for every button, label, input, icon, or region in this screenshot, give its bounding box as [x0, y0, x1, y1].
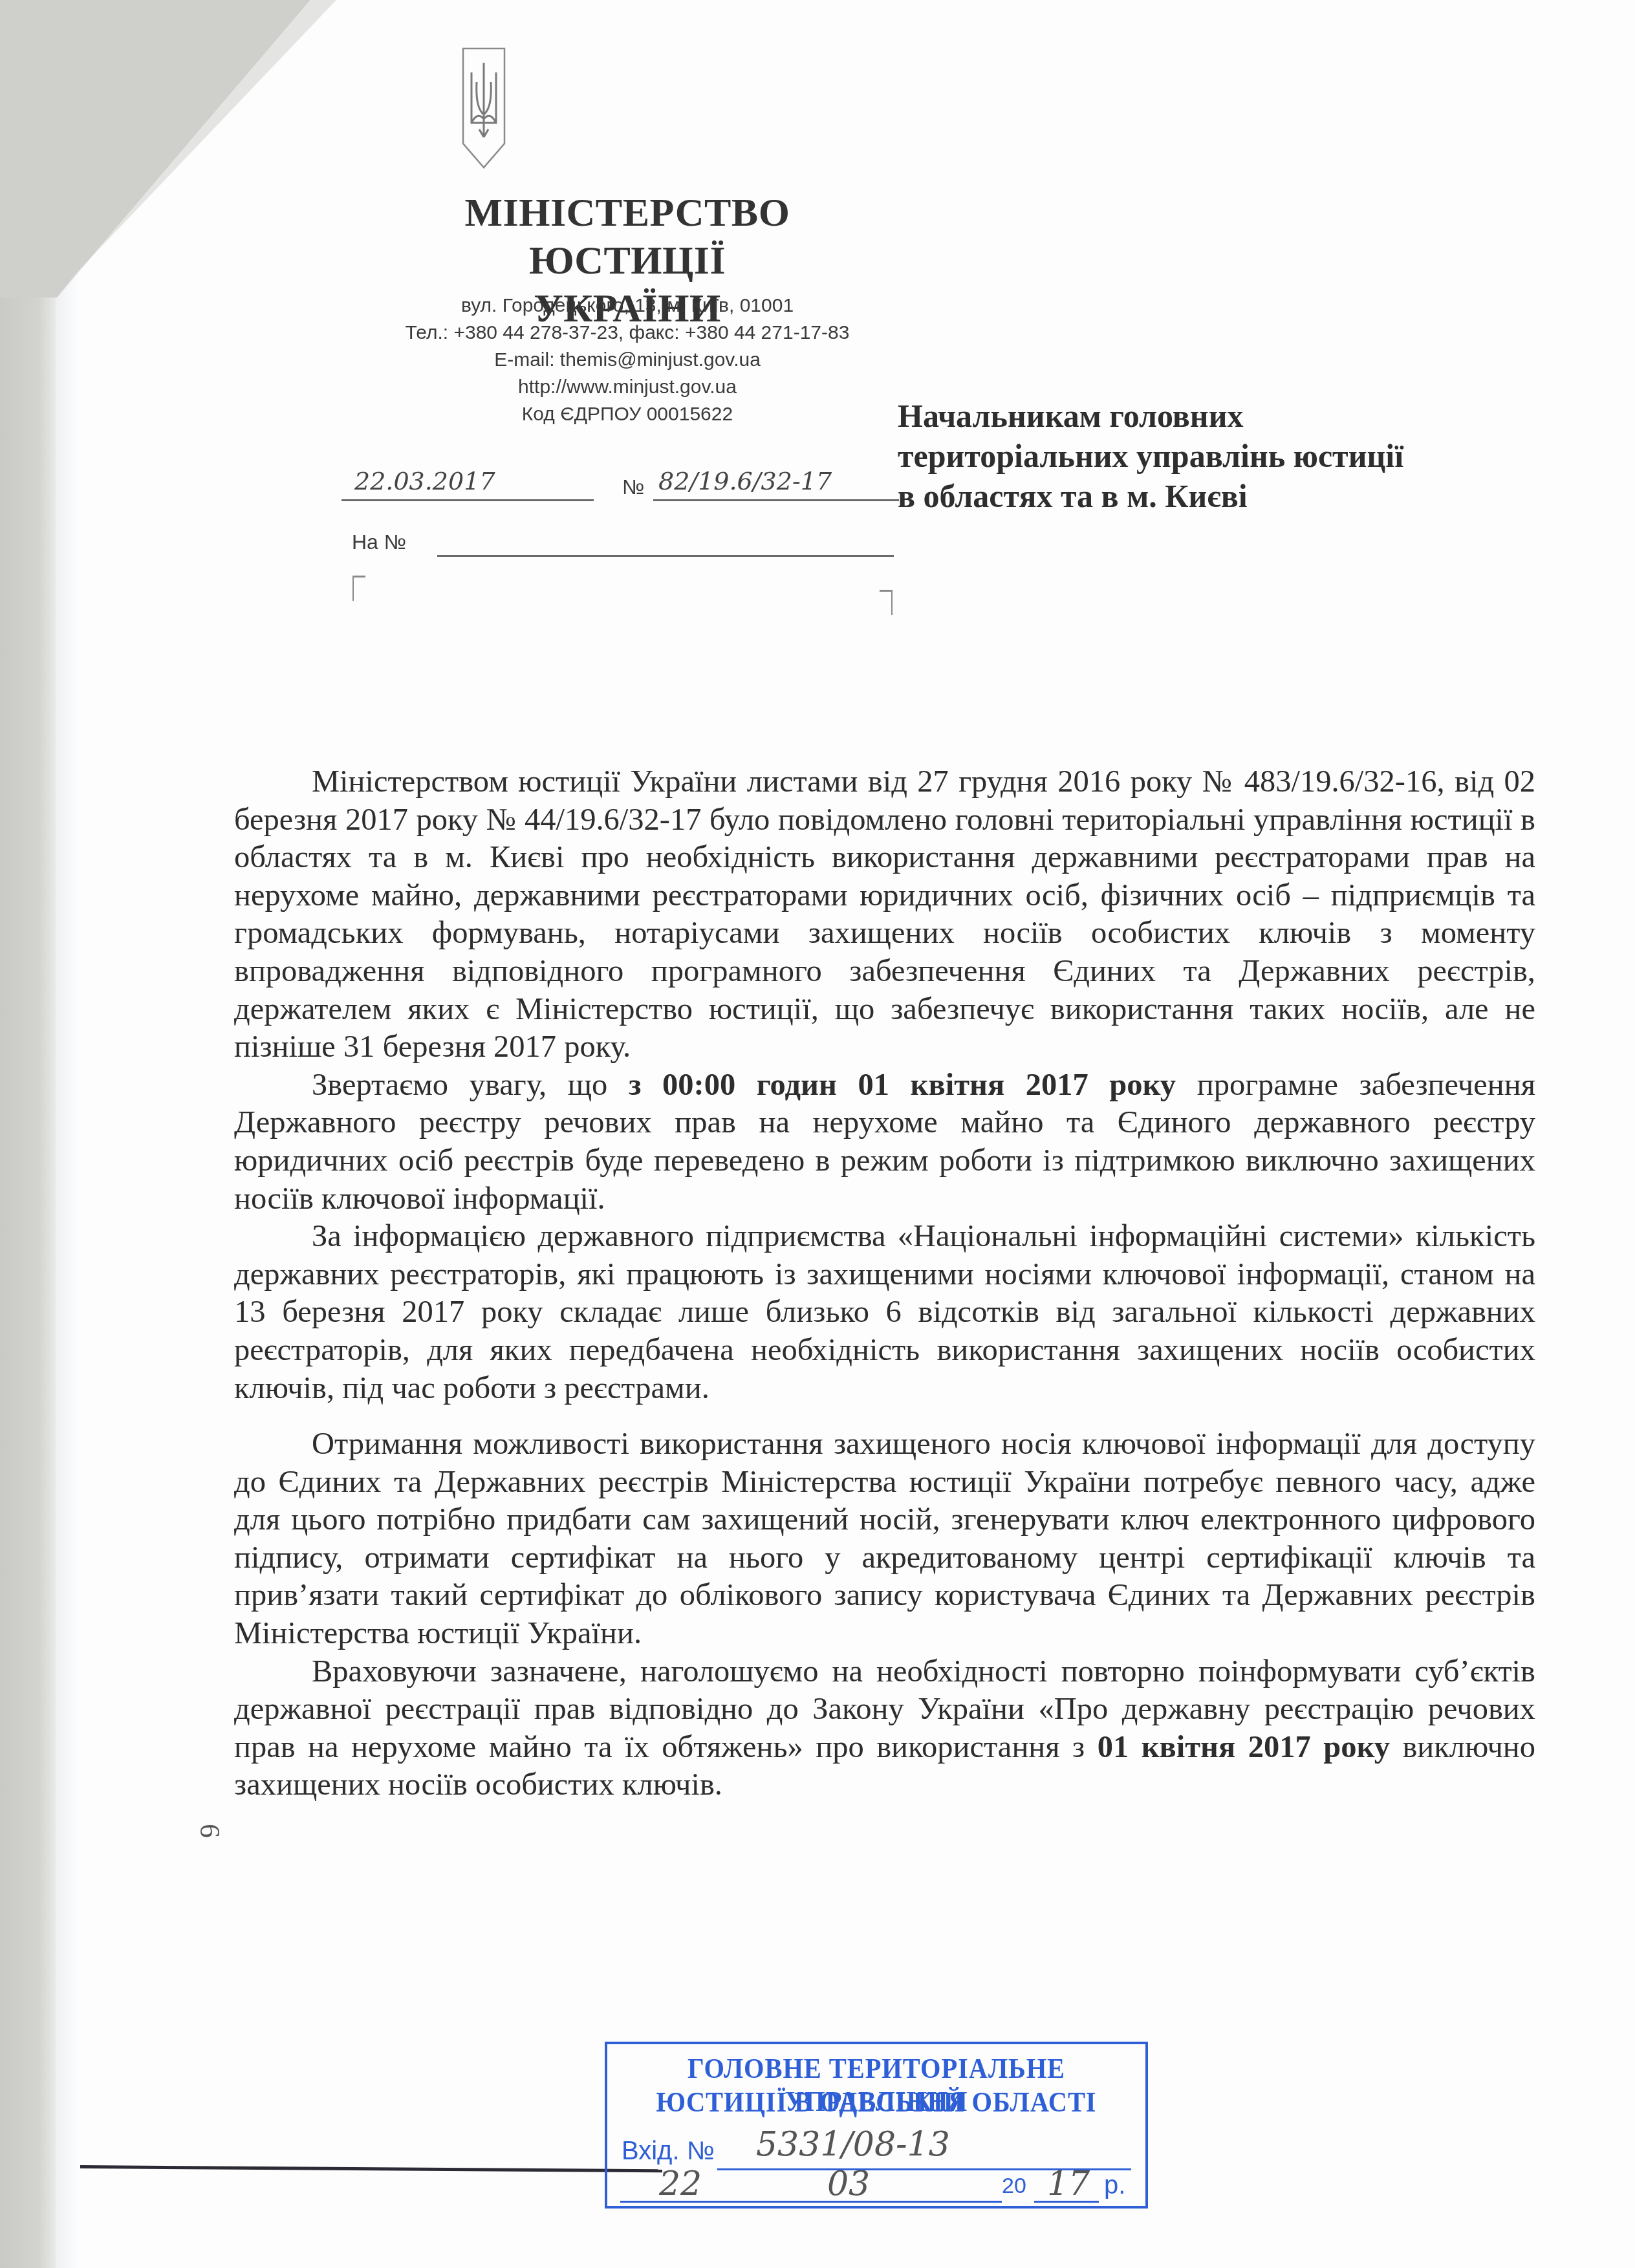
reply-to-underline: [437, 555, 894, 557]
paragraph-1: Міністерством юстиції України листами ві…: [234, 763, 1535, 1066]
emphasis-date: 01 квітня 2017 року: [1098, 1730, 1390, 1764]
stamp-org-line-2: ЮСТИЦІЇ В ОДЕСЬКІЙ ОБЛАСТІ: [629, 2086, 1123, 2119]
addressee: Начальникам головних територіальних упра…: [898, 396, 1480, 516]
outgoing-date: 22.03.2017: [354, 467, 495, 495]
email: E-mail: themis@minjust.gov.ua: [336, 347, 918, 374]
margin-annotation: 6: [193, 1824, 226, 1838]
emphasis-deadline: з 00:00 годин 01 квітня 2017 року: [629, 1068, 1176, 1102]
reply-to-label: На №: [352, 530, 406, 554]
website: http://www.minjust.gov.ua: [336, 374, 918, 401]
stamp-incoming-label: Вхід. №: [622, 2137, 715, 2166]
number-label: №: [622, 475, 644, 499]
paragraph-2: Звертаємо увагу, що з 00:00 годин 01 кві…: [234, 1066, 1535, 1218]
stamp-month: 03: [827, 2165, 870, 2203]
page-edge-shadow: [56, 246, 79, 2268]
stamp-year-line: [1034, 2201, 1099, 2203]
pen-stroke: [80, 2165, 662, 2172]
stamp-incoming-number: 5331/08-13: [756, 2125, 950, 2164]
trident-coat-of-arms-icon: [461, 47, 506, 169]
letter-body: Міністерством юстиції України листами ві…: [234, 763, 1535, 1804]
outgoing-number: 82/19.6/32-17: [658, 467, 832, 495]
scan-left-edge: [0, 0, 56, 2268]
address: вул. Городецького, 13, м. Київ, 01001: [336, 292, 918, 319]
stamp-year-suffix: 17: [1047, 2165, 1090, 2203]
phone-fax: Тел.: +380 44 278-37-23, факс: +380 44 2…: [336, 319, 918, 347]
stamp-year-prefix: 20: [1002, 2174, 1026, 2199]
paragraph-4: Отримання можливості використання захище…: [234, 1425, 1535, 1653]
stamp-year-unit: р.: [1104, 2171, 1125, 2200]
address-bracket-left: [352, 576, 365, 601]
date-underline: [341, 499, 594, 501]
contact-block: вул. Городецького, 13, м. Київ, 01001 Те…: [336, 292, 918, 428]
stamp-date-line: [620, 2201, 1002, 2203]
number-underline: [653, 499, 899, 501]
incoming-stamp: ГОЛОВНЕ ТЕРИТОРІАЛЬНЕ УПРАВЛІННЯ ЮСТИЦІЇ…: [605, 2042, 1148, 2209]
address-bracket-right: [880, 590, 893, 615]
paragraph-3: За інформацією державного підприємства «…: [234, 1218, 1535, 1407]
edrpou-code: Код ЄДРПОУ 00015622: [336, 401, 918, 428]
stamp-day: 22: [659, 2165, 702, 2203]
addressee-line-3: в областях та в м. Києві: [898, 476, 1480, 516]
addressee-line-1: Начальникам головних: [898, 396, 1480, 436]
addressee-line-2: територіальних управлінь юстиції: [898, 436, 1480, 476]
ministry-line-1: МІНІСТЕРСТВО ЮСТИЦІЇ: [362, 189, 893, 285]
paragraph-5: Враховуючи зазначене, наголошуємо на нео…: [234, 1653, 1535, 1804]
